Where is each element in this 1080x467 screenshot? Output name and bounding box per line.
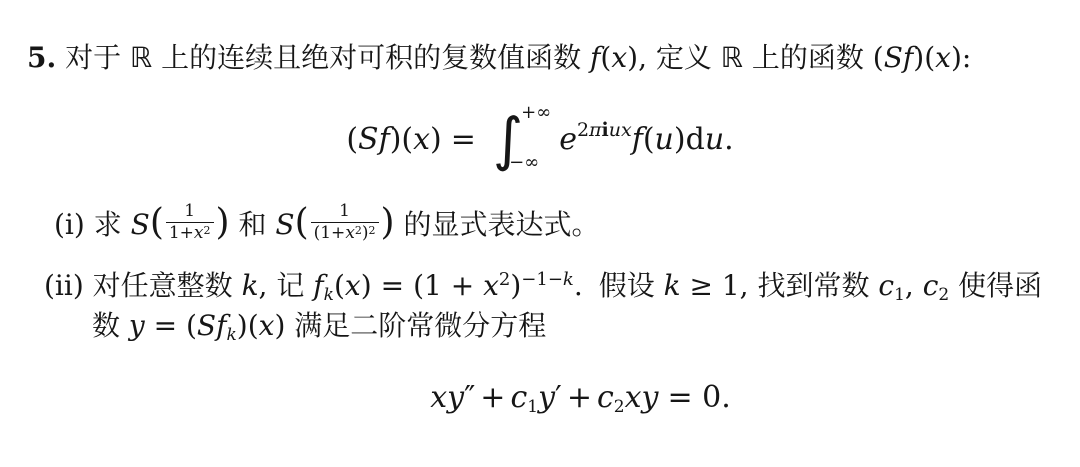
math-symbol: ) — [274, 309, 285, 342]
imaginary-unit: i — [602, 119, 609, 141]
fraction-denominator: 1+x2 — [166, 222, 214, 244]
math-symbol: )( — [237, 309, 259, 342]
math-var: x — [483, 269, 499, 302]
definition-formula: (Sf)(x)=∫+∞−∞e2πiuxf(u)du. — [0, 100, 1080, 183]
math-symbol: ) — [361, 269, 372, 302]
real-set-symbol: ℝ — [721, 41, 743, 74]
plus-sign: + — [480, 380, 505, 415]
subscript: 2 — [614, 397, 625, 417]
math-symbol: ) — [674, 122, 686, 157]
integral: ∫+∞−∞ — [493, 101, 553, 177]
cjk-text: 假设 — [599, 269, 664, 302]
cjk-text: 求 — [85, 208, 131, 241]
equals-rhs: = 0. — [668, 380, 731, 415]
fraction: 1(1+x2)2 — [311, 201, 379, 245]
item-i: (i) 求 S(11+x2) 和 S(1(1+x2)2) 的显式表达式。 — [54, 198, 600, 254]
cjk-text: 对任意整数 — [84, 269, 242, 302]
math-var: u — [655, 122, 674, 157]
prime: ′ — [555, 380, 562, 415]
exponent: 2 — [204, 224, 211, 237]
problem-number: 5. — [27, 41, 56, 74]
math-symbol: . — [724, 122, 734, 157]
math-symbol: ): — [951, 41, 971, 74]
math-var: x — [345, 269, 361, 302]
exponent: 2 — [355, 224, 362, 237]
fraction-numerator: 1 — [166, 201, 214, 222]
math-var: S — [131, 208, 150, 241]
math-symbol: . — [574, 269, 583, 302]
equals-sign: = — [381, 269, 404, 302]
math-var: c — [597, 380, 614, 415]
real-set-symbol: ℝ — [130, 41, 152, 74]
fraction-numerator: 1 — [311, 201, 379, 222]
math-var: Sf — [197, 309, 227, 342]
math-symbol: (1 + — [413, 269, 483, 302]
math-symbol: (1+ — [314, 223, 346, 243]
math-var: x — [345, 223, 355, 243]
equals-sign: = — [451, 122, 476, 157]
math-var: xy — [625, 380, 659, 415]
math-var: x — [194, 223, 204, 243]
math-var: y — [538, 380, 555, 415]
item-ii-line2: 数 y = (Sfk)(x) 满足二阶常微分方程 — [92, 306, 546, 350]
math-symbol: )( — [913, 41, 935, 74]
math-var: e — [559, 122, 577, 157]
integral-lower-limit: −∞ — [509, 154, 539, 172]
cjk-text: 对于 — [56, 41, 130, 74]
problem-statement: 5. 对于 ℝ 上的连续且绝对可积的复数值函数 f(x), 定义 ℝ 上的函数 … — [27, 40, 971, 76]
ode-formula: xy″+c1y′+c2xy= 0. — [90, 378, 1080, 422]
math-symbol: ) — [430, 122, 442, 157]
cjk-text: 的显式表达式。 — [395, 208, 600, 241]
math-number: 2 — [577, 119, 589, 141]
exponent: 2 — [499, 269, 510, 290]
cjk-text: 使得函 — [949, 269, 1042, 302]
math-var: Sf — [884, 41, 914, 74]
math-var: x — [611, 41, 627, 74]
math-symbol: ( — [600, 41, 611, 74]
integral-limits: +∞−∞ — [523, 101, 553, 177]
integral-upper-limit: +∞ — [521, 104, 551, 122]
math-var: c — [510, 380, 527, 415]
item-ii-line1: (ii) 对任意整数 k, 记 fk(x)=(1 + x2)−1−k.假设 k … — [44, 266, 1042, 310]
subscript: 2 — [938, 285, 949, 305]
plus-sign: + — [567, 380, 592, 415]
math-var: k — [563, 269, 574, 290]
cjk-text: 上的连续且绝对可积的复数值函数 — [152, 41, 590, 74]
open-paren: ( — [295, 202, 309, 243]
math-symbol: −1− — [521, 269, 563, 290]
math-symbol: ( — [643, 122, 655, 157]
exponent: 2 — [369, 224, 376, 237]
math-symbol: ), — [627, 41, 647, 74]
cjk-text: 定义 — [647, 41, 721, 74]
subscript: k — [324, 285, 334, 305]
math-symbol: ) — [362, 223, 369, 243]
math-var: x — [413, 122, 430, 157]
math-var: c — [923, 269, 939, 302]
math-var: f — [590, 41, 600, 74]
math-var: Sf — [358, 122, 390, 157]
math-var: u — [705, 122, 724, 157]
math-symbol: , — [905, 269, 923, 302]
math-var: x — [935, 41, 951, 74]
math-symbol: )( — [390, 122, 413, 157]
cjk-text: 找到常数 — [749, 269, 879, 302]
cjk-text: 上的函数 — [743, 41, 873, 74]
differential-d: d — [686, 122, 705, 157]
exponent: 2πiux — [577, 119, 632, 141]
math-var: π — [589, 119, 602, 141]
math-symbol: = ( — [145, 309, 197, 342]
math-var: ux — [609, 119, 632, 141]
math-symbol: ( — [334, 269, 345, 302]
math-symbol: ) — [510, 269, 521, 302]
math-var: x — [259, 309, 275, 342]
subscript: 1 — [527, 397, 538, 417]
fraction: 11+x2 — [166, 201, 214, 245]
math-var: f — [632, 122, 643, 157]
close-paren: ) — [381, 202, 395, 243]
open-paren: ( — [150, 202, 164, 243]
math-var: k — [242, 269, 259, 302]
cjk-text: 和 — [230, 208, 276, 241]
math-var: c — [878, 269, 894, 302]
double-prime: ″ — [464, 380, 475, 415]
document-page: 5. 对于 ℝ 上的连续且绝对可积的复数值函数 f(x), 定义 ℝ 上的函数 … — [0, 0, 1080, 467]
math-symbol: ( — [346, 122, 358, 157]
math-var: xy — [430, 380, 464, 415]
cjk-text: 满足二阶常微分方程 — [285, 309, 546, 342]
cjk-text: 数 — [92, 309, 129, 342]
math-var: y — [129, 309, 145, 342]
math-var: k — [664, 269, 681, 302]
cjk-text: 记 — [267, 269, 313, 302]
math-symbol: ( — [873, 41, 884, 74]
math-var: S — [275, 208, 294, 241]
subscript: 1 — [894, 285, 905, 305]
close-paren: ) — [216, 202, 230, 243]
math-symbol: 1+ — [169, 223, 194, 243]
fraction-denominator: (1+x2)2 — [311, 222, 379, 244]
item-label: (ii) — [44, 269, 84, 302]
exponent: −1−k — [521, 269, 574, 290]
subscript: k — [226, 325, 236, 345]
item-label: (i) — [54, 208, 85, 241]
math-symbol: ≥ 1, — [681, 269, 749, 302]
math-var: f — [313, 269, 323, 302]
